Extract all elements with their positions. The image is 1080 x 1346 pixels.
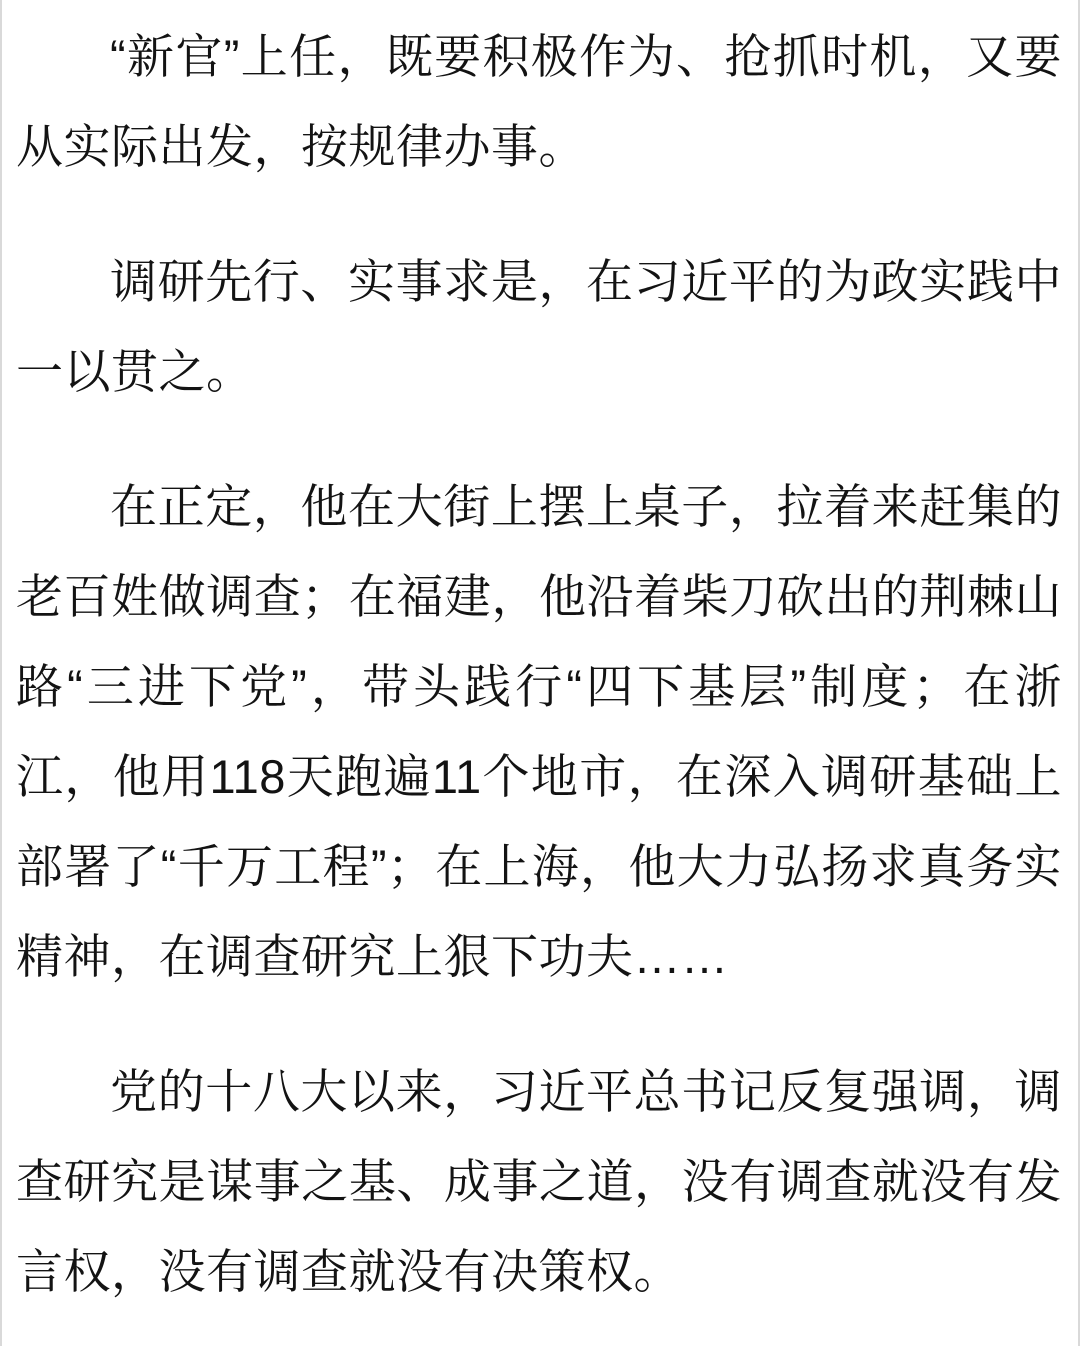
article-paragraph-2: 调研先行、实事求是，在习近平的为政实践中一以贯之。 <box>16 237 1062 417</box>
article-body: “新官”上任，既要积极作为、抢抓时机，又要从实际出发，按规律办事。 调研先行、实… <box>16 12 1062 1317</box>
article-paragraph-4: 党的十八大以来，习近平总书记反复强调，调查研究是谋事之基、成事之道，没有调查就没… <box>16 1047 1062 1317</box>
article-paragraph-1: “新官”上任，既要积极作为、抢抓时机，又要从实际出发，按规律办事。 <box>16 12 1062 192</box>
article-paragraph-3: 在正定，他在大街上摆上桌子，拉着来赶集的老百姓做调查；在福建，他沿着柴刀砍出的荆… <box>16 462 1062 1002</box>
article-page: “新官”上任，既要积极作为、抢抓时机，又要从实际出发，按规律办事。 调研先行、实… <box>0 0 1080 1346</box>
